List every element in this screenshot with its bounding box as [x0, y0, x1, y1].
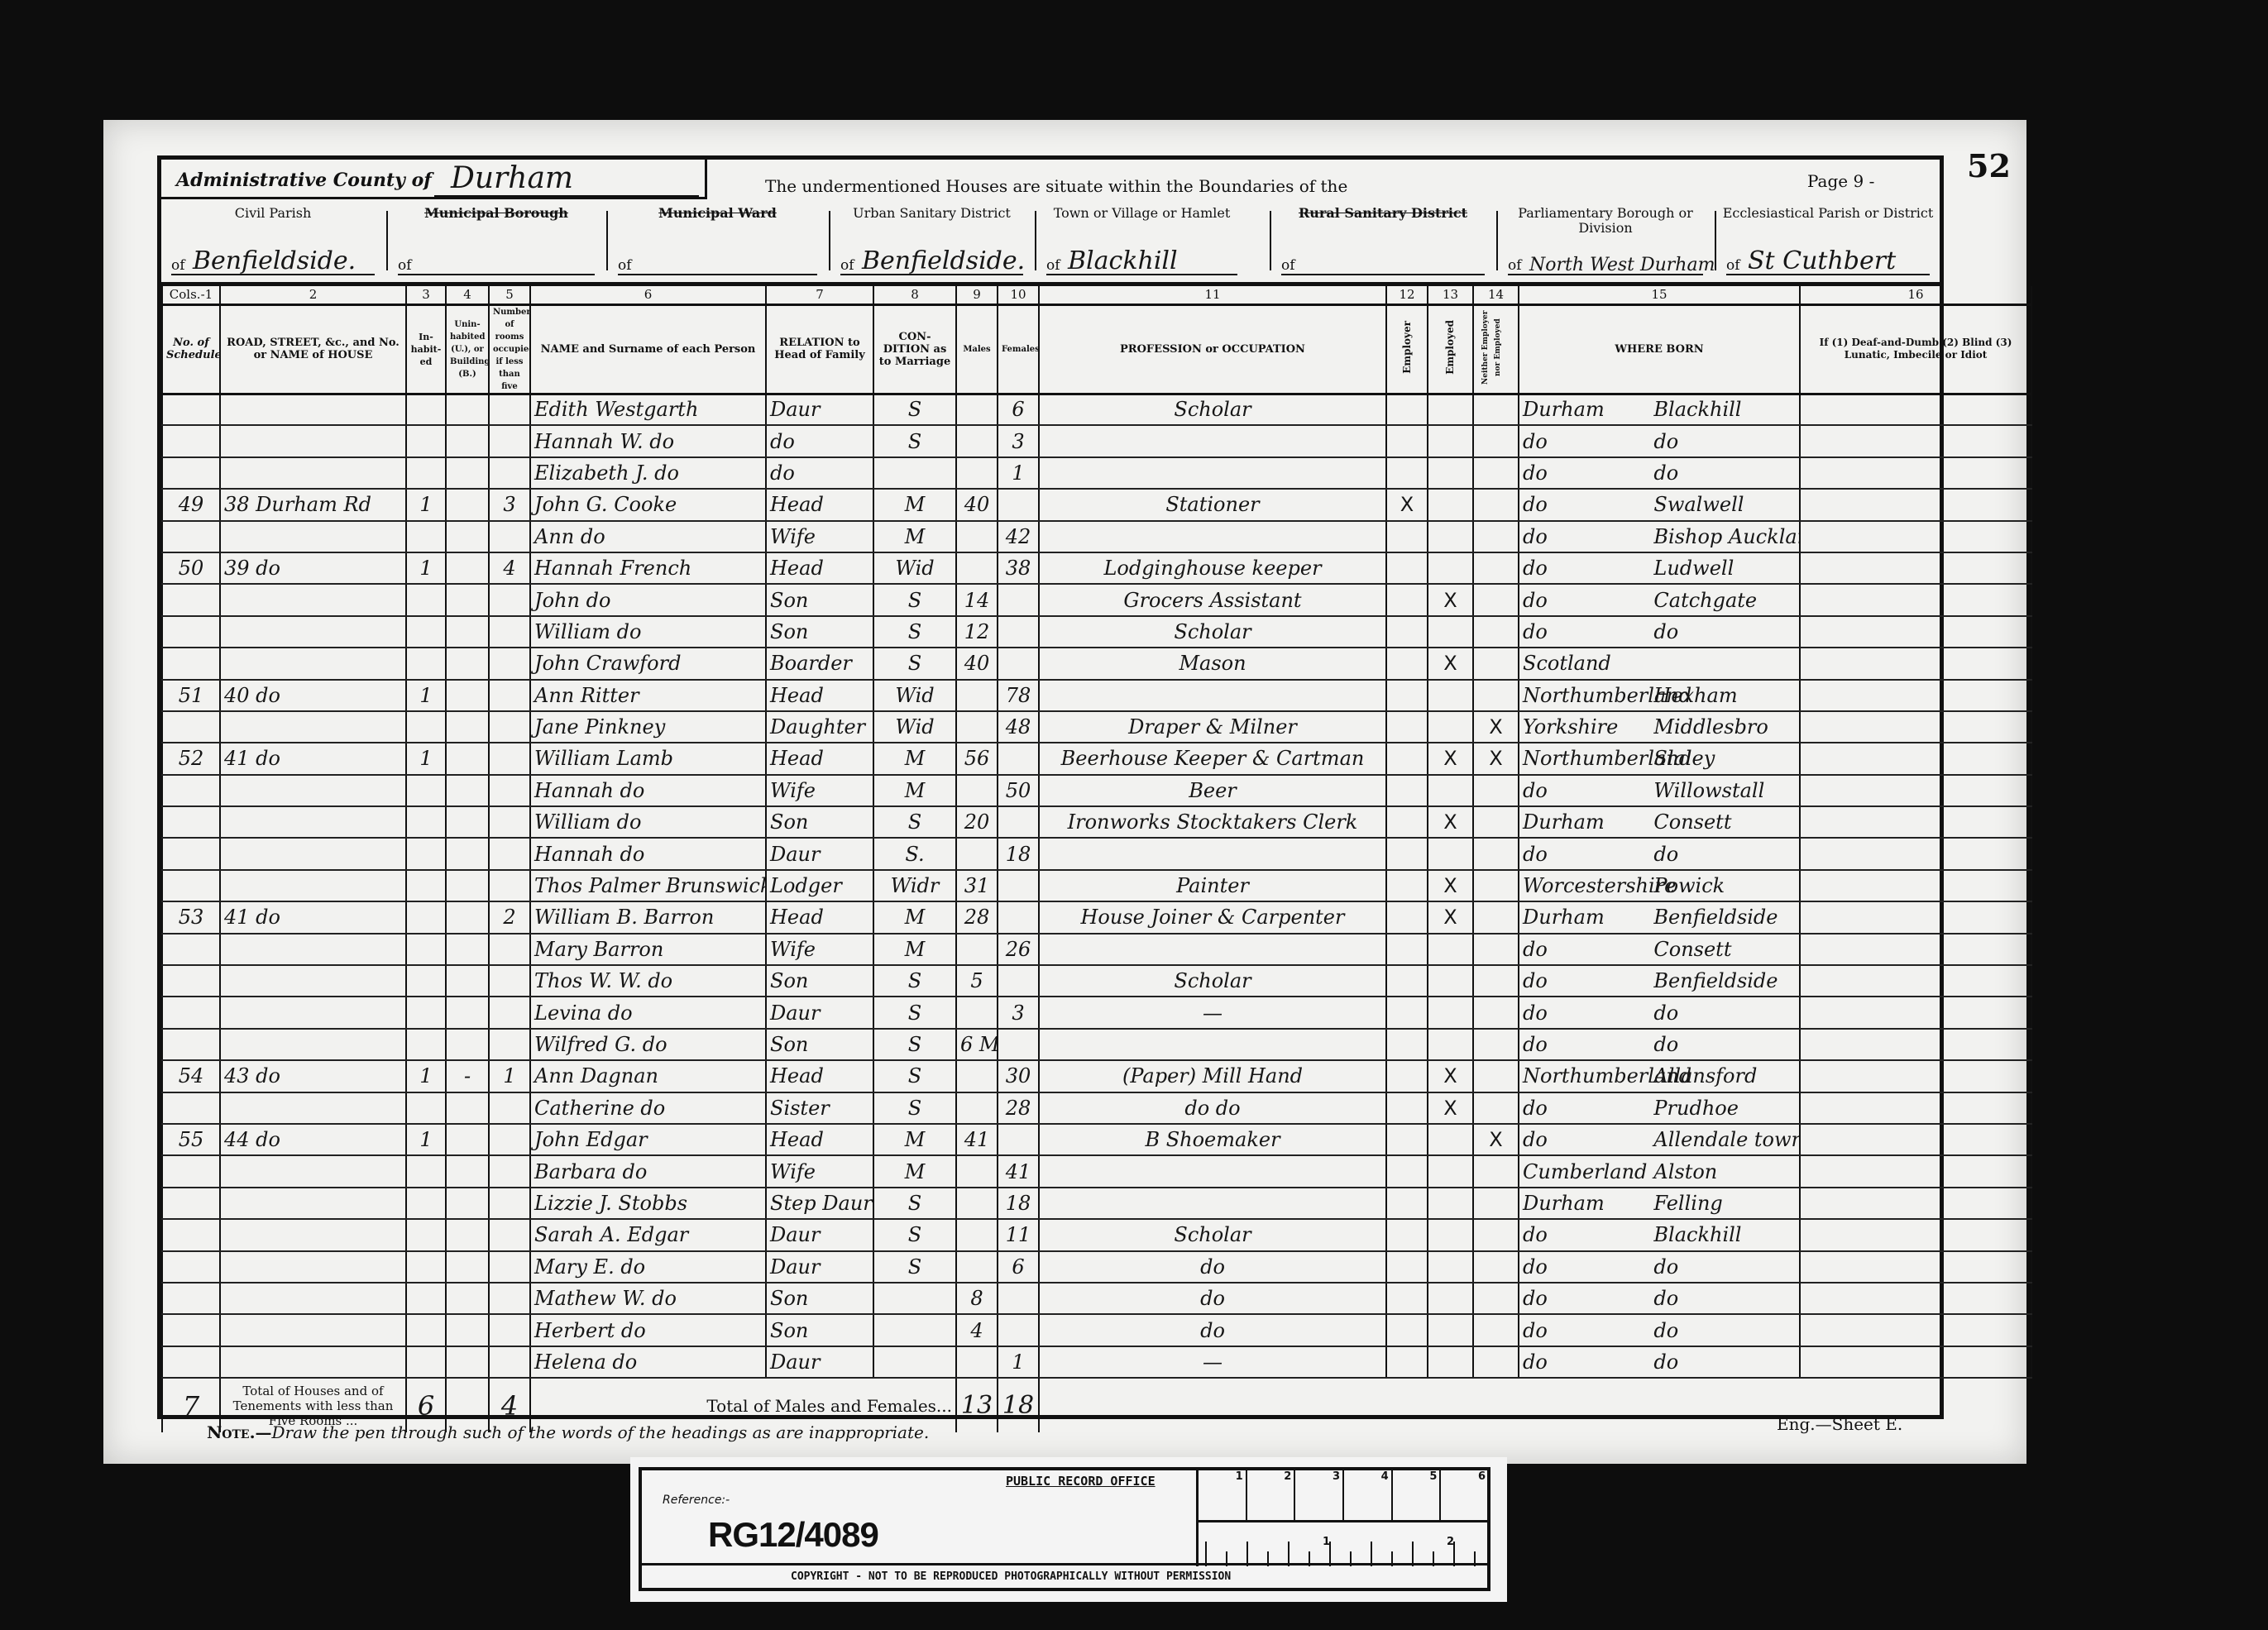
cell-female-age	[998, 1029, 1039, 1060]
cell-neither	[1473, 1060, 1519, 1092]
cell-employed: X	[1428, 901, 1473, 933]
table-row: Thos Palmer BrunswickLodgerWidr31Painter…	[162, 870, 2031, 901]
cell-occupation: Scholar	[1039, 394, 1386, 425]
cell-schedule: 50	[162, 552, 220, 584]
females-total: 18	[998, 1378, 1039, 1432]
cell-occupation: Lodginghouse keeper	[1039, 552, 1386, 584]
cell-occupation: —	[1039, 997, 1386, 1028]
cell-male-age	[956, 394, 998, 425]
cell-employed	[1428, 521, 1473, 552]
cell-uninhabited	[446, 775, 489, 806]
cell-uninhabited	[446, 1219, 489, 1250]
cell-female-age: 6	[998, 1251, 1039, 1283]
cell-schedule	[162, 425, 220, 456]
cell-male-age: 31	[956, 870, 998, 901]
cell-employer: X	[1386, 489, 1428, 520]
cell-relation: Son	[766, 1314, 873, 1346]
cell-relation: Sister	[766, 1092, 873, 1124]
cell-name: Hannah French	[530, 552, 766, 584]
cell-schedule: 53	[162, 901, 220, 933]
cell-born: doWillowstall	[1519, 775, 1800, 806]
cell-male-age	[956, 1346, 998, 1378]
cell-occupation	[1039, 838, 1386, 869]
cell-female-age: 42	[998, 521, 1039, 552]
cell-rooms	[489, 1346, 530, 1378]
cell-male-age: 40	[956, 489, 998, 520]
cell-male-age	[956, 680, 998, 711]
cell-rooms	[489, 1314, 530, 1346]
table-row: Hannah W. dodoS3dodo	[162, 425, 2031, 456]
cell-condition: M	[873, 775, 956, 806]
col-neither: Neither Employer nor Employed	[1473, 304, 1519, 394]
cell-neither	[1473, 1314, 1519, 1346]
cell-condition: S	[873, 1251, 956, 1283]
town-village-hamlet-field: Town or Village or Hamlet ofBlackhill	[1036, 199, 1247, 282]
cell-occupation: Ironworks Stocktakers Clerk	[1039, 806, 1386, 838]
cell-employed	[1428, 775, 1473, 806]
cell-inhabited	[406, 1283, 446, 1314]
cell-born: doPrudhoe	[1519, 1092, 1800, 1124]
cell-uninhabited	[446, 1314, 489, 1346]
col-occupation: PROFESSION or OCCUPATION	[1039, 304, 1386, 394]
cell-neither	[1473, 1188, 1519, 1219]
ecclesiastical-parish-field: Ecclesiastical Parish or District ofSt C…	[1716, 199, 1940, 282]
cell-infirmity	[1800, 1188, 2031, 1219]
table-row: Helena doDaur1—dodo	[162, 1346, 2031, 1378]
cell-neither	[1473, 521, 1519, 552]
cell-rooms	[489, 1092, 530, 1124]
cell-address	[220, 1029, 406, 1060]
cell-born: DurhamBenfieldside	[1519, 901, 1800, 933]
cell-born: doBishop Auckland	[1519, 521, 1800, 552]
cell-rooms: 3	[489, 489, 530, 520]
cell-neither	[1473, 1346, 1519, 1378]
cell-name: Lizzie J. Stobbs	[530, 1188, 766, 1219]
cell-occupation: do do	[1039, 1092, 1386, 1124]
cell-male-age: 56	[956, 743, 998, 774]
cell-uninhabited	[446, 870, 489, 901]
cell-employed	[1428, 680, 1473, 711]
cell-condition: M	[873, 743, 956, 774]
cell-inhabited	[406, 1029, 446, 1060]
boundary-fields: Civil Parish ofBenfieldside. Municipal B…	[161, 199, 1940, 286]
cell-uninhabited	[446, 838, 489, 869]
cell-male-age: 12	[956, 616, 998, 648]
cell-condition: S	[873, 394, 956, 425]
cell-rooms	[489, 997, 530, 1028]
cell-name: Ann do	[530, 521, 766, 552]
reference-code: RG12/4089	[708, 1515, 878, 1555]
cell-born: doConsett	[1519, 934, 1800, 965]
cell-female-age: 18	[998, 1188, 1039, 1219]
cell-male-age: 28	[956, 901, 998, 933]
cell-neither	[1473, 838, 1519, 869]
cell-name: William do	[530, 806, 766, 838]
cell-name: Thos Palmer Brunswick	[530, 870, 766, 901]
cell-male-age: 6 Mo	[956, 1029, 998, 1060]
col-relation: RELATION to Head of Family	[766, 304, 873, 394]
cell-condition: S	[873, 1029, 956, 1060]
cell-infirmity	[1800, 1283, 2031, 1314]
cell-employer	[1386, 965, 1428, 997]
table-row: Sarah A. EdgarDaurS11ScholardoBlackhill	[162, 1219, 2031, 1250]
cell-rooms	[489, 648, 530, 679]
cell-employer	[1386, 1092, 1428, 1124]
measurement-scale: 123 456 1 2	[1196, 1470, 1490, 1566]
cell-uninhabited	[446, 1251, 489, 1283]
cell-female-age	[998, 648, 1039, 679]
cell-male-age: 20	[956, 806, 998, 838]
cell-infirmity	[1800, 584, 2031, 615]
cell-neither	[1473, 1251, 1519, 1283]
cell-neither: X	[1473, 1124, 1519, 1155]
cell-male-age	[956, 552, 998, 584]
sheet-label: Eng.—Sheet E.	[1777, 1414, 1902, 1434]
cell-employed	[1428, 1219, 1473, 1250]
cell-relation: Daur	[766, 1251, 873, 1283]
cell-schedule	[162, 1188, 220, 1219]
col-age-females: Females	[998, 304, 1039, 394]
cell-inhabited	[406, 584, 446, 615]
cell-relation: Head	[766, 552, 873, 584]
cell-inhabited	[406, 616, 446, 648]
cell-inhabited	[406, 1219, 446, 1250]
cell-inhabited: 1	[406, 1060, 446, 1092]
cell-male-age	[956, 425, 998, 456]
cell-address	[220, 1314, 406, 1346]
cell-address	[220, 394, 406, 425]
cell-employed: X	[1428, 806, 1473, 838]
cell-relation: Daur	[766, 1346, 873, 1378]
cell-infirmity	[1800, 870, 2031, 901]
cell-address	[220, 616, 406, 648]
cell-condition: M	[873, 1155, 956, 1187]
cell-born: dodo	[1519, 1029, 1800, 1060]
table-row: 5241 do1William LambHeadM56Beerhouse Kee…	[162, 743, 2031, 774]
cell-condition: S	[873, 1219, 956, 1250]
males-total: 13	[956, 1378, 998, 1432]
cell-female-age	[998, 901, 1039, 933]
cell-female-age	[998, 806, 1039, 838]
cell-name: William B. Barron	[530, 901, 766, 933]
col-infirmity: If (1) Deaf-and-Dumb (2) Blind (3) Lunat…	[1800, 304, 2031, 394]
cell-inhabited	[406, 394, 446, 425]
cell-neither	[1473, 775, 1519, 806]
cell-uninhabited	[446, 1124, 489, 1155]
cell-employer	[1386, 680, 1428, 711]
table-row: John CrawfordBoarderS40MasonXScotland	[162, 648, 2031, 679]
cell-uninhabited	[446, 552, 489, 584]
cell-born: NorthumberlandAllansford	[1519, 1060, 1800, 1092]
cell-employed	[1428, 1124, 1473, 1155]
cell-address	[220, 870, 406, 901]
cell-employed	[1428, 457, 1473, 489]
cell-schedule	[162, 870, 220, 901]
cell-employer	[1386, 870, 1428, 901]
cell-name: Barbara do	[530, 1155, 766, 1187]
cell-inhabited	[406, 838, 446, 869]
cell-employed	[1428, 425, 1473, 456]
cell-occupation: Beer	[1039, 775, 1386, 806]
cell-name: Jane Pinkney	[530, 711, 766, 743]
cell-inhabited	[406, 806, 446, 838]
cell-relation: Head	[766, 489, 873, 520]
cell-inhabited	[406, 648, 446, 679]
cell-employed	[1428, 1029, 1473, 1060]
cell-neither	[1473, 901, 1519, 933]
cell-employer	[1386, 806, 1428, 838]
cell-female-age: 41	[998, 1155, 1039, 1187]
cell-born: NorthumberlandSlaley	[1519, 743, 1800, 774]
cell-neither	[1473, 584, 1519, 615]
cell-male-age: 5	[956, 965, 998, 997]
cell-inhabited	[406, 521, 446, 552]
cell-born: doAllendale town	[1519, 1124, 1800, 1155]
table-row: Mary E. doDaurS6dododo	[162, 1251, 2031, 1283]
cell-rooms: 1	[489, 1060, 530, 1092]
cell-rooms: 4	[489, 552, 530, 584]
cell-neither	[1473, 394, 1519, 425]
cell-address	[220, 1283, 406, 1314]
cell-female-age	[998, 870, 1039, 901]
cell-neither	[1473, 965, 1519, 997]
cell-uninhabited	[446, 648, 489, 679]
cell-female-age	[998, 1283, 1039, 1314]
cell-neither	[1473, 1092, 1519, 1124]
table-row: 4938 Durham Rd13John G. CookeHeadM40Stat…	[162, 489, 2031, 520]
col-name: NAME and Surname of each Person	[530, 304, 766, 394]
cell-relation: Daur	[766, 838, 873, 869]
cell-inhabited	[406, 1188, 446, 1219]
cell-employer	[1386, 425, 1428, 456]
cell-condition: S	[873, 1092, 956, 1124]
cell-born: DurhamFelling	[1519, 1188, 1800, 1219]
cell-female-age: 18	[998, 838, 1039, 869]
cell-inhabited: 1	[406, 552, 446, 584]
cell-schedule	[162, 1029, 220, 1060]
cell-address: 43 do	[220, 1060, 406, 1092]
cell-schedule: 52	[162, 743, 220, 774]
cell-name: Herbert do	[530, 1314, 766, 1346]
cell-condition: S	[873, 425, 956, 456]
cell-occupation: Scholar	[1039, 1219, 1386, 1250]
cell-occupation	[1039, 1029, 1386, 1060]
cell-address	[220, 521, 406, 552]
cell-infirmity	[1800, 1124, 2031, 1155]
cell-occupation: Grocers Assistant	[1039, 584, 1386, 615]
municipal-ward-field: Municipal Ward of	[608, 199, 827, 282]
cell-infirmity	[1800, 901, 2031, 933]
cell-female-age: 11	[998, 1219, 1039, 1250]
cell-relation: Daughter	[766, 711, 873, 743]
cell-relation: Wife	[766, 1155, 873, 1187]
cell-relation: Head	[766, 1124, 873, 1155]
cell-name: Thos W. W. do	[530, 965, 766, 997]
cell-relation: Step Daur	[766, 1188, 873, 1219]
cell-female-age: 1	[998, 457, 1039, 489]
cell-employed	[1428, 1346, 1473, 1378]
cell-condition	[873, 1314, 956, 1346]
cell-infirmity	[1800, 743, 2031, 774]
cell-name: John do	[530, 584, 766, 615]
col-where-born: WHERE BORN	[1519, 304, 1800, 394]
col-employed: Employed	[1428, 304, 1473, 394]
cell-rooms	[489, 521, 530, 552]
cell-born: dodo	[1519, 457, 1800, 489]
cell-female-age	[998, 489, 1039, 520]
cell-employed: X	[1428, 648, 1473, 679]
cell-inhabited	[406, 901, 446, 933]
cell-infirmity	[1800, 616, 2031, 648]
cell-rooms	[489, 965, 530, 997]
cell-uninhabited: -	[446, 1060, 489, 1092]
cell-neither	[1473, 680, 1519, 711]
cell-address	[220, 1346, 406, 1378]
cell-female-age	[998, 1124, 1039, 1155]
cell-neither	[1473, 806, 1519, 838]
cell-employed	[1428, 1188, 1473, 1219]
cell-neither	[1473, 552, 1519, 584]
cell-infirmity	[1800, 457, 2031, 489]
cell-name: Mathew W. do	[530, 1283, 766, 1314]
cell-employer	[1386, 1314, 1428, 1346]
col-inhabited: In-habit-ed	[406, 304, 446, 394]
cell-female-age	[998, 743, 1039, 774]
folio-number: 52	[1967, 147, 2011, 184]
public-record-office-label: PUBLIC RECORD OFFICE Reference:- RG12/40…	[630, 1457, 1507, 1602]
cell-inhabited	[406, 1346, 446, 1378]
cell-schedule	[162, 934, 220, 965]
cell-address	[220, 806, 406, 838]
table-row: Jane PinkneyDaughterWid48Draper & Milner…	[162, 711, 2031, 743]
cell-uninhabited	[446, 1188, 489, 1219]
cell-inhabited: 1	[406, 743, 446, 774]
cell-employer	[1386, 521, 1428, 552]
cell-uninhabited	[446, 934, 489, 965]
cell-address: 40 do	[220, 680, 406, 711]
cell-name: William do	[530, 616, 766, 648]
cell-condition: S	[873, 1188, 956, 1219]
cell-born: Scotland	[1519, 648, 1800, 679]
cell-born: dodo	[1519, 1251, 1800, 1283]
cell-male-age: 8	[956, 1283, 998, 1314]
table-row: Wilfred G. doSonS6 Mododo	[162, 1029, 2031, 1060]
cell-occupation	[1039, 1155, 1386, 1187]
cell-male-age	[956, 1219, 998, 1250]
cell-infirmity	[1800, 1155, 2031, 1187]
cell-employer	[1386, 934, 1428, 965]
cell-uninhabited	[446, 997, 489, 1028]
cell-rooms	[489, 1219, 530, 1250]
copyright-notice: COPYRIGHT - NOT TO BE REPRODUCED PHOTOGR…	[642, 1563, 1487, 1588]
cell-condition	[873, 1346, 956, 1378]
cell-uninhabited	[446, 711, 489, 743]
cell-rooms: 2	[489, 901, 530, 933]
cell-infirmity	[1800, 934, 2031, 965]
cell-name: Catherine do	[530, 1092, 766, 1124]
footer-note: Note.—Draw the pen through such of the w…	[207, 1422, 929, 1442]
cell-born: DurhamConsett	[1519, 806, 1800, 838]
cell-condition	[873, 457, 956, 489]
cell-relation: Son	[766, 616, 873, 648]
cell-inhabited	[406, 425, 446, 456]
cell-schedule: 49	[162, 489, 220, 520]
cell-inhabited: 1	[406, 680, 446, 711]
cell-schedule	[162, 521, 220, 552]
cell-condition: M	[873, 934, 956, 965]
cell-infirmity	[1800, 965, 2031, 997]
cell-name: Helena do	[530, 1346, 766, 1378]
cell-male-age	[956, 997, 998, 1028]
table-row: Mathew W. doSon8dododo	[162, 1283, 2031, 1314]
table-row: Herbert doSon4dododo	[162, 1314, 2031, 1346]
cell-name: John Edgar	[530, 1124, 766, 1155]
cell-employed	[1428, 1251, 1473, 1283]
cell-employed	[1428, 1155, 1473, 1187]
cell-female-age: 6	[998, 394, 1039, 425]
cell-uninhabited	[446, 521, 489, 552]
cell-condition: S	[873, 648, 956, 679]
cell-rooms	[489, 934, 530, 965]
table-row: Edith WestgarthDaurS6ScholarDurhamBlackh…	[162, 394, 2031, 425]
cell-uninhabited	[446, 806, 489, 838]
cell-condition: Wid	[873, 711, 956, 743]
cell-schedule	[162, 1346, 220, 1378]
cell-neither	[1473, 1283, 1519, 1314]
cell-condition: Wid	[873, 552, 956, 584]
cell-employer	[1386, 711, 1428, 743]
cell-uninhabited	[446, 680, 489, 711]
cell-born: dodo	[1519, 1314, 1800, 1346]
census-table: Cols.-12345 678910 111213141516 No. of S…	[161, 286, 2032, 1432]
cell-schedule: 55	[162, 1124, 220, 1155]
cell-schedule	[162, 997, 220, 1028]
cell-uninhabited	[446, 1346, 489, 1378]
cell-inhabited	[406, 934, 446, 965]
cell-employer	[1386, 648, 1428, 679]
cell-rooms	[489, 1283, 530, 1314]
cell-neither	[1473, 1219, 1519, 1250]
census-form: Administrative County of Durham The unde…	[157, 155, 1944, 1419]
cell-inhabited	[406, 965, 446, 997]
cell-uninhabited	[446, 489, 489, 520]
cell-neither	[1473, 1029, 1519, 1060]
cell-relation: Daur	[766, 997, 873, 1028]
cell-address	[220, 1188, 406, 1219]
cell-born: dodo	[1519, 1346, 1800, 1378]
cell-born: dodo	[1519, 425, 1800, 456]
cell-address	[220, 584, 406, 615]
cell-uninhabited	[446, 394, 489, 425]
cell-schedule	[162, 457, 220, 489]
cell-schedule	[162, 838, 220, 869]
cell-male-age	[956, 775, 998, 806]
cell-infirmity	[1800, 806, 2031, 838]
cell-occupation: do	[1039, 1283, 1386, 1314]
cell-rooms	[489, 1155, 530, 1187]
cell-name: Mary E. do	[530, 1251, 766, 1283]
table-row: Barbara doWifeM41CumberlandAlston	[162, 1155, 2031, 1187]
cell-condition: S	[873, 584, 956, 615]
cell-address: 41 do	[220, 743, 406, 774]
cell-rooms	[489, 870, 530, 901]
cell-occupation	[1039, 934, 1386, 965]
cell-female-age	[998, 965, 1039, 997]
cell-male-age	[956, 1155, 998, 1187]
cell-employer	[1386, 1155, 1428, 1187]
cell-condition: M	[873, 901, 956, 933]
cell-male-age	[956, 838, 998, 869]
